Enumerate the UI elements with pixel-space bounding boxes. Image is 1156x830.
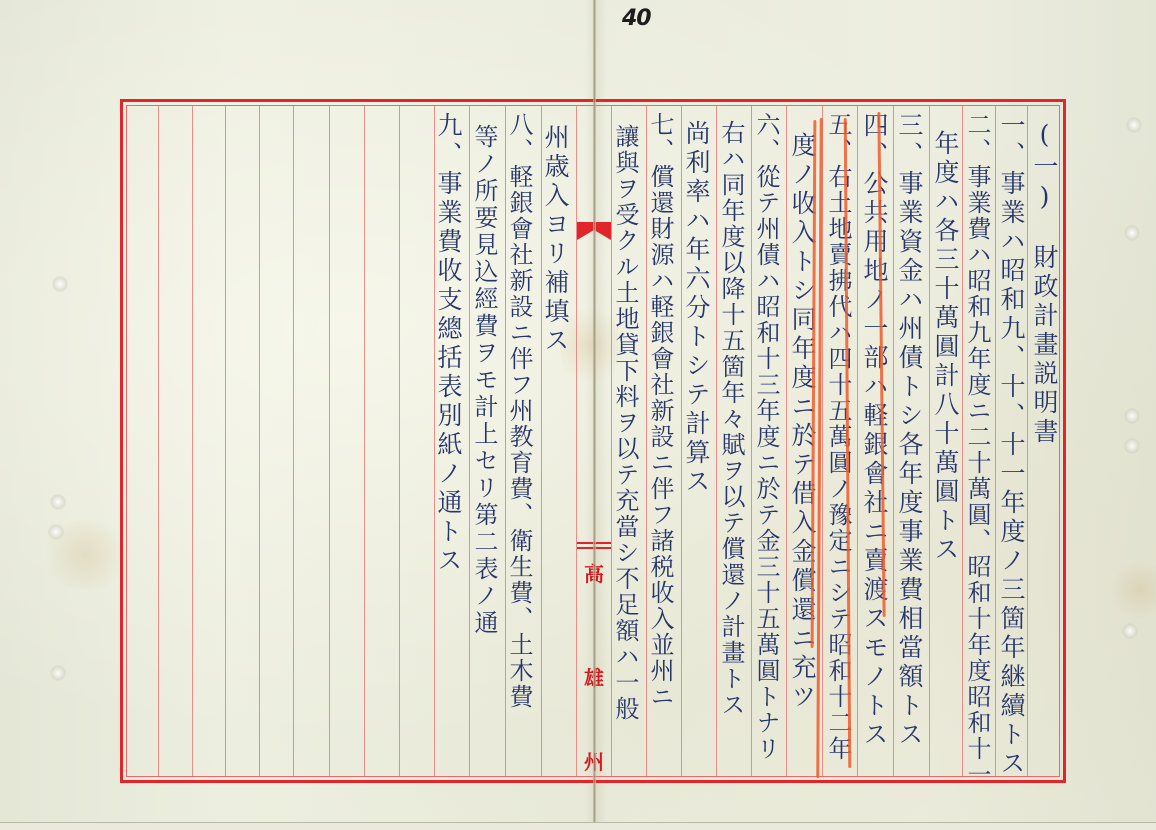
column-rule [995, 106, 996, 776]
emboss-mark [50, 665, 66, 681]
emboss-mark [48, 524, 64, 540]
column-rule [259, 106, 260, 776]
item-2-continued: 年度ハ各三十萬圓計八十萬圓トス [933, 130, 958, 565]
emboss-mark [1124, 225, 1140, 241]
item-3-text: 三、事業資金ハ州債トシ各年度事業費相當額トス [897, 112, 922, 750]
item-6-interest-note: 尚利率ハ年六分トシテ計算ス [684, 120, 709, 497]
center-fold [593, 0, 596, 822]
item-2-text: 二、事業費ハ昭和九年度ニ二十萬圓、昭和十年度昭和十一 [965, 112, 989, 788]
column-rule [929, 106, 930, 776]
column-rule [399, 106, 400, 776]
emboss-mark [1124, 408, 1140, 424]
column-rule [893, 106, 894, 776]
column-rule [786, 106, 787, 776]
emboss-mark [1126, 117, 1142, 133]
item-6-text: 六、從テ州債ハ昭和十三年度ニ於テ金三十五萬圓トナリ [754, 112, 778, 762]
column-rule [192, 106, 193, 776]
page-number: 40 [622, 6, 651, 31]
document-page: 40 高 雄 州 (一) 財政計畫説明書 一、事業ハ昭和九、十、十一年度ノ三箇年… [0, 0, 1156, 823]
column-rule [1027, 106, 1028, 776]
item-1-text: 一、事業ハ昭和九、十、十一年度ノ三箇年継續トス [999, 112, 1024, 779]
item-8-continued: 等ノ所要見込經費ヲモ計上セリ第二表ノ通 [472, 124, 496, 637]
emboss-mark [52, 276, 68, 292]
column-rule [364, 106, 365, 776]
emboss-mark [50, 494, 66, 510]
paper-stain [1110, 560, 1156, 620]
item-7-closing: 州歳入ヨリ補填ス [543, 124, 568, 356]
column-rule [329, 106, 330, 776]
emboss-mark [1124, 438, 1140, 454]
item-9-text: 九、事業費收支總括表別紙ノ通トス [436, 112, 461, 576]
emboss-mark [1122, 623, 1138, 639]
item-6-continued: 右ハ同年度以降十五箇年々賦ヲ以テ償還ノ計畫トス [719, 120, 743, 718]
section-title: (一) 財政計畫説明書 [1032, 120, 1057, 447]
column-rule [225, 106, 226, 776]
column-rule [158, 106, 159, 776]
item-8-text: 八、軽銀會社新設ニ伴フ州教育費、衛生費、土木費 [507, 112, 531, 710]
item-7-continued: 讓與ヲ受クル土地貸下料ヲ以テ充當シ不足額ハ一般 [613, 124, 637, 722]
item-7-text: 七、償還財源ハ軽銀會社新設ニ伴フ諸税收入並州ニ [648, 112, 672, 710]
column-rule [293, 106, 294, 776]
column-rule [857, 106, 858, 776]
